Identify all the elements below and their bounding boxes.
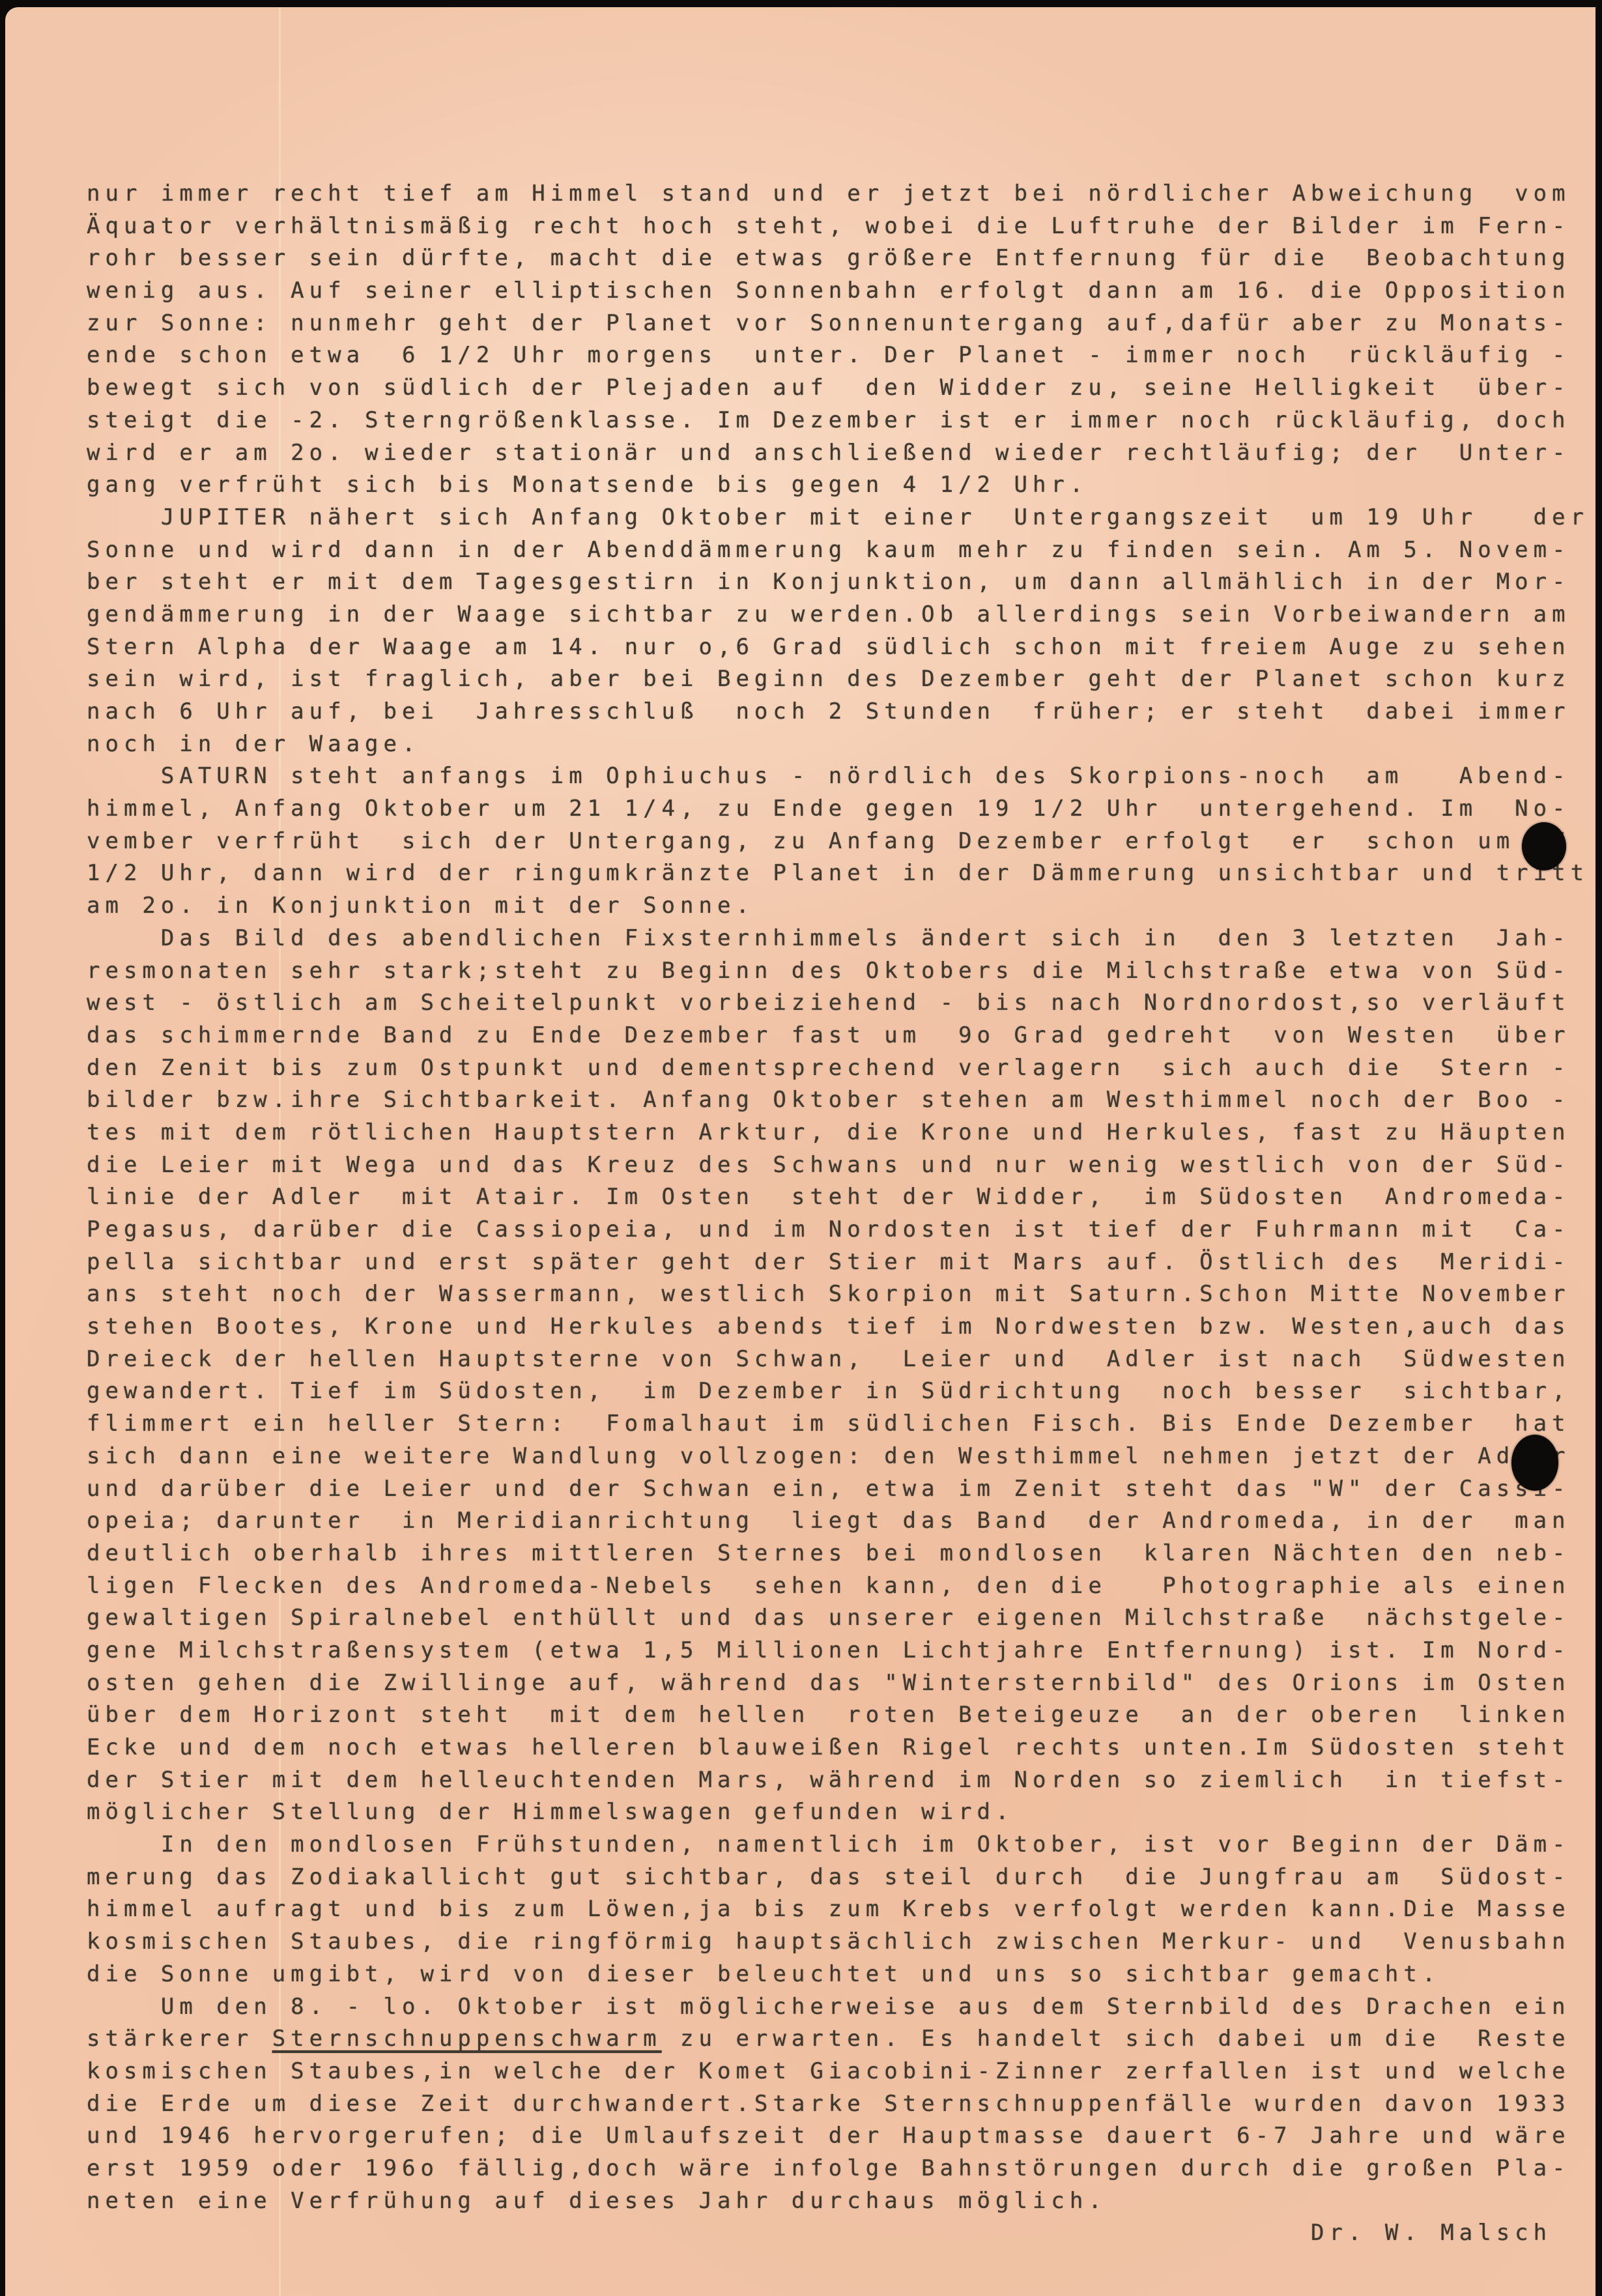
text-line: Sonne und wird dann in der Abenddämmerun… <box>87 534 1579 567</box>
text-line: Äquator verhältnismäßig recht hoch steht… <box>87 210 1579 243</box>
underlined-word: Sternschnuppenschwarm <box>272 2026 662 2052</box>
text-line: Pegasus, darüber die Cassiopeia, und im … <box>87 1214 1579 1246</box>
text-line: am 2o. in Konjunktion mit der Sonne. <box>87 890 1579 923</box>
text-line: Stern Alpha der Waage am 14. nur o,6 Gra… <box>87 631 1579 664</box>
text-line: gene Milchstraßensystem (etwa 1,5 Millio… <box>87 1635 1579 1667</box>
text-line: flimmert ein heller Stern: Fomalhaut im … <box>87 1408 1579 1441</box>
text-segment: stärkerer <box>87 2026 272 2052</box>
text-line: gang verfrüht sich bis Monatsende bis ge… <box>87 469 1579 502</box>
text-line: vember verfrüht sich der Untergang, zu A… <box>87 825 1579 858</box>
scanned-page: nur immer recht tief am Himmel stand und… <box>5 7 1595 2296</box>
text-line: nach 6 Uhr auf, bei Jahresschluß noch 2 … <box>87 696 1579 728</box>
hole-punch-mark <box>1522 822 1566 870</box>
text-line: wenig aus. Auf seiner elliptischen Sonne… <box>87 275 1579 308</box>
text-line: die Leier mit Wega und das Kreuz des Sch… <box>87 1149 1579 1182</box>
text-line: Das Bild des abendlichen Fixsternhimmels… <box>87 923 1579 955</box>
text-line: nur immer recht tief am Himmel stand und… <box>87 178 1579 210</box>
text-line: steigt die -2. Sterngrößenklasse. Im Dez… <box>87 405 1579 437</box>
text-line: 1/2 Uhr, dann wird der ringumkränzte Pla… <box>87 857 1579 890</box>
text-line: osten gehen die Zwillinge auf, während d… <box>87 1667 1579 1700</box>
text-line: JUPITER nähert sich Anfang Oktober mit e… <box>87 502 1579 534</box>
text-line: möglicher Stellung der Himmelswagen gefu… <box>87 1796 1579 1829</box>
scan-edge-top <box>0 0 1602 7</box>
text-line: kosmischen Staubes,in welche der Komet G… <box>87 2056 1579 2088</box>
text-line: über dem Horizont steht mit dem hellen r… <box>87 1699 1579 1732</box>
scan-edge-left <box>0 0 5 2296</box>
text-line: kosmischen Staubes, die ringförmig haupt… <box>87 1926 1579 1959</box>
text-line: ende schon etwa 6 1/2 Uhr morgens unter.… <box>87 339 1579 372</box>
text-line: und 1946 hervorgerufen; die Umlaufszeit … <box>87 2120 1579 2153</box>
text-line: gewandert. Tief im Südosten, im Dezember… <box>87 1375 1579 1408</box>
text-line: himmel aufragt und bis zum Löwen,ja bis … <box>87 1893 1579 1926</box>
text-line: und darüber die Leier und der Schwan ein… <box>87 1473 1579 1506</box>
text-line: opeia; darunter in Meridianrichtung lieg… <box>87 1505 1579 1538</box>
text-line: resmonaten sehr stark;steht zu Beginn de… <box>87 955 1579 988</box>
text-line: gendämmerung in der Waage sichtbar zu we… <box>87 599 1579 631</box>
text-line: pella sichtbar und erst später geht der … <box>87 1246 1579 1279</box>
hole-punch-mark <box>1511 1435 1558 1491</box>
text-line: west - östlich am Scheitelpunkt vorbeizi… <box>87 987 1579 1020</box>
text-line: neten eine Verfrühung auf dieses Jahr du… <box>87 2185 1579 2218</box>
text-line: den Zenit bis zum Ostpunkt und dementspr… <box>87 1052 1579 1085</box>
text-line: der Stier mit dem helleuchtenden Mars, w… <box>87 1764 1579 1797</box>
text-line: das schimmernde Band zu Ende Dezember fa… <box>87 1020 1579 1052</box>
text-line: stärkerer Sternschnuppenschwarm zu erwar… <box>87 2023 1579 2056</box>
text-line: rohr besser sein dürfte, macht die etwas… <box>87 242 1579 275</box>
text-line: noch in der Waage. <box>87 728 1579 761</box>
text-line: ligen Flecken des Andromeda-Nebels sehen… <box>87 1570 1579 1603</box>
signature-line: Dr. W. Malsch <box>87 2217 1579 2250</box>
text-line: ber steht er mit dem Tagesgestirn in Kon… <box>87 566 1579 599</box>
text-line: die Erde um diese Zeit durchwandert.Star… <box>87 2088 1579 2121</box>
text-line: sein wird, ist fraglich, aber bei Beginn… <box>87 663 1579 696</box>
text-line: Um den 8. - lo. Oktober ist möglicherwei… <box>87 1991 1579 2024</box>
text-line: In den mondlosen Frühstunden, namentlich… <box>87 1829 1579 1861</box>
text-line: zur Sonne: nunmehr geht der Planet vor S… <box>87 308 1579 340</box>
text-line: bewegt sich von südlich der Plejaden auf… <box>87 372 1579 405</box>
text-line: himmel, Anfang Oktober um 21 1/4, zu End… <box>87 793 1579 825</box>
text-line: merung das Zodiakallicht gut sichtbar, d… <box>87 1861 1579 1894</box>
text-line: tes mit dem rötlichen Hauptstern Arktur,… <box>87 1117 1579 1149</box>
text-line: SATURN steht anfangs im Ophiuchus - nörd… <box>87 760 1579 793</box>
text-line: Ecke und dem noch etwas helleren blauwei… <box>87 1732 1579 1764</box>
text-line: sich dann eine weitere Wandlung vollzoge… <box>87 1441 1579 1473</box>
text-line: ans steht noch der Wassermann, westlich … <box>87 1278 1579 1311</box>
text-line: deutlich oberhalb ihres mittleren Sterne… <box>87 1538 1579 1570</box>
text-line: erst 1959 oder 196o fällig,doch wäre inf… <box>87 2153 1579 2185</box>
text-line: Dreieck der hellen Hauptsterne von Schwa… <box>87 1343 1579 1376</box>
text-line: linie der Adler mit Atair. Im Osten steh… <box>87 1181 1579 1214</box>
text-line: bilder bzw.ihre Sichtbarkeit. Anfang Okt… <box>87 1084 1579 1117</box>
text-line: die Sonne umgibt, wird von dieser beleuc… <box>87 1959 1579 1991</box>
scan-edge-right <box>1595 0 1602 2296</box>
text-line: stehen Bootes, Krone und Herkules abends… <box>87 1311 1579 1343</box>
text-segment: zu erwarten. Es handelt sich dabei um di… <box>662 2026 1571 2052</box>
text-line: wird er am 2o. wieder stationär und ansc… <box>87 437 1579 470</box>
text-line: gewaltigen Spiralnebel enthüllt und das … <box>87 1602 1579 1635</box>
document-text: nur immer recht tief am Himmel stand und… <box>87 178 1579 2250</box>
